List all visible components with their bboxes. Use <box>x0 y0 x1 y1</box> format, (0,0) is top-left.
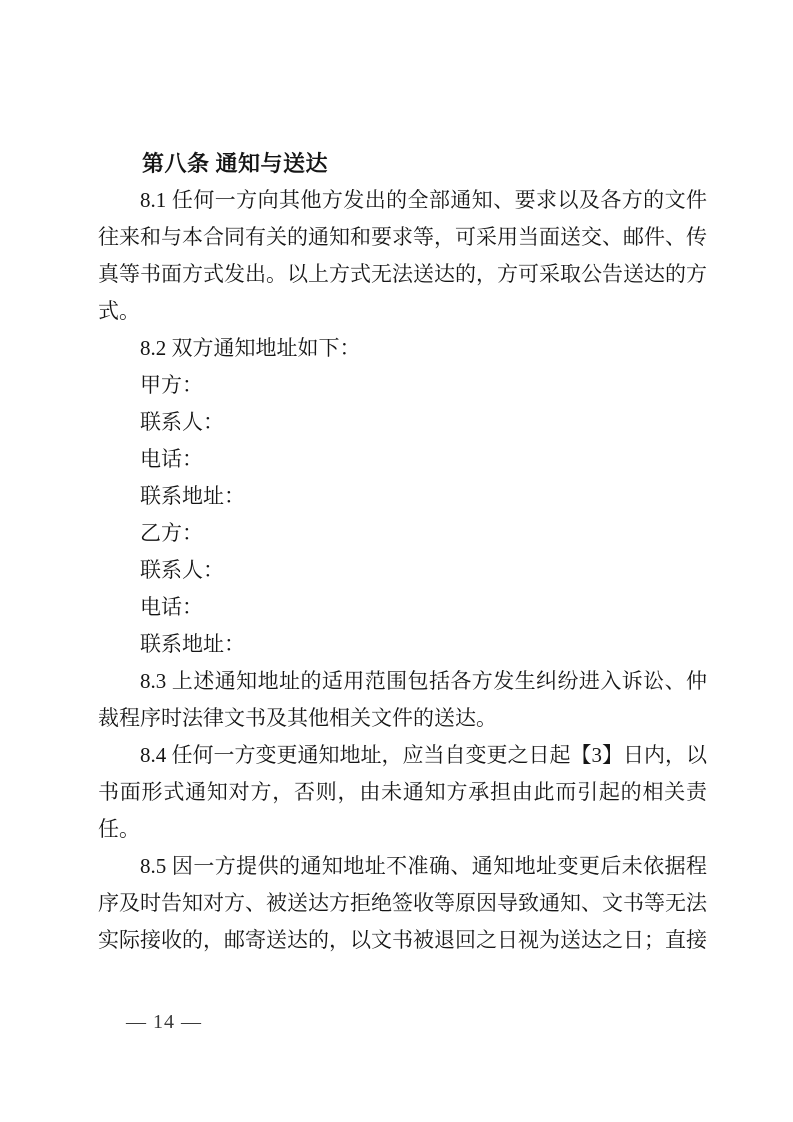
party-a-address-label: 联系地址： <box>98 478 707 515</box>
page-number: — 14 — <box>126 1011 202 1034</box>
clause-8-3: 8.3 上述通知地址的适用范围包括各方发生纠纷进入诉讼、仲裁程序时法律文书及其他… <box>98 663 707 737</box>
article-heading: 第八条 通知与送达 <box>98 145 707 182</box>
clause-8-1: 8.1 任何一方向其他方发出的全部通知、要求以及各方的文件往来和与本合同有关的通… <box>98 182 707 330</box>
clause-8-4: 8.4 任何一方变更通知地址，应当自变更之日起【3】日内，以书面形式通知对方，否… <box>98 737 707 848</box>
party-b-label: 乙方： <box>98 515 707 552</box>
page-content: 第八条 通知与送达 8.1 任何一方向其他方发出的全部通知、要求以及各方的文件往… <box>98 145 707 959</box>
contract-page: 第八条 通知与送达 8.1 任何一方向其他方发出的全部通知、要求以及各方的文件往… <box>0 0 793 1122</box>
party-a-contact-label: 联系人： <box>98 404 707 441</box>
party-b-address-label: 联系地址： <box>98 626 707 663</box>
party-b-contact-label: 联系人： <box>98 552 707 589</box>
clause-8-2: 8.2 双方通知地址如下： <box>98 330 707 367</box>
party-a-phone-label: 电话： <box>98 441 707 478</box>
party-a-label: 甲方： <box>98 367 707 404</box>
clause-8-5: 8.5 因一方提供的通知地址不准确、通知地址变更后未依据程序及时告知对方、被送达… <box>98 848 707 959</box>
party-b-phone-label: 电话： <box>98 589 707 626</box>
